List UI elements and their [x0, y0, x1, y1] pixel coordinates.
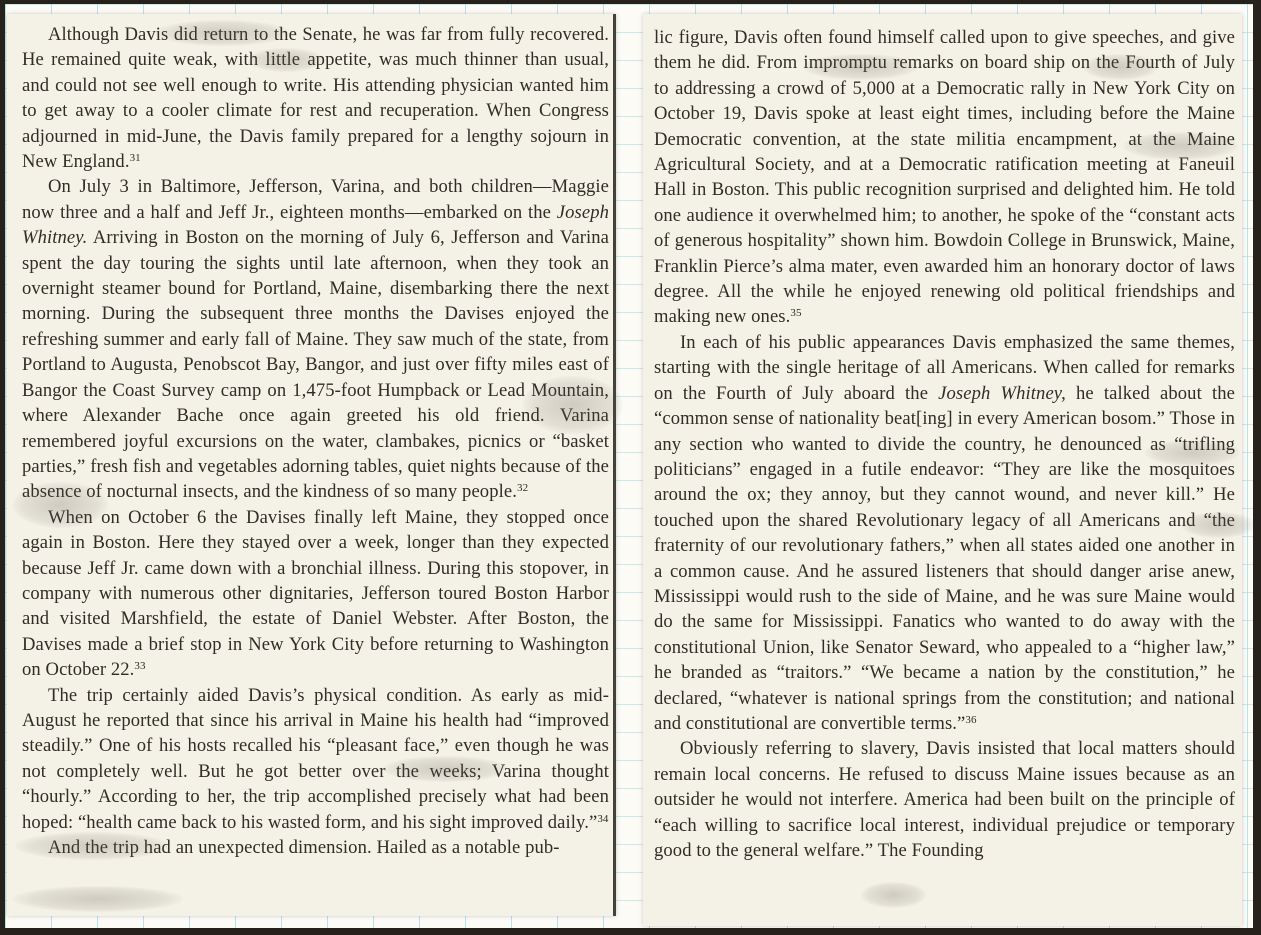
text-segment: Arriving in Boston on the morning of Jul… — [22, 227, 609, 502]
text-segment: On July 3 in Baltimore, Jefferson, Varin… — [22, 176, 609, 222]
footnote-ref: 33 — [134, 660, 145, 672]
scanned-book-page: Although Davis did return to the Senate,… — [0, 0, 1261, 935]
paragraph: The trip certainly aided Davis’s physica… — [22, 683, 609, 835]
paragraph: lic figure, Davis often found himself ca… — [654, 25, 1235, 330]
text-segment: lic figure, Davis often found himself ca… — [654, 27, 1235, 327]
text-segment: he talked about the “common sense of nat… — [654, 383, 1235, 734]
paragraph: Obviously referring to slavery, Davis in… — [654, 736, 1235, 863]
paragraph: In each of his public appearances Davis … — [654, 330, 1235, 737]
paragraph: On July 3 in Baltimore, Jefferson, Varin… — [22, 174, 609, 504]
footnote-ref: 36 — [965, 714, 976, 726]
text-segment: Obviously referring to slavery, Davis in… — [654, 738, 1235, 861]
italic-text: Joseph Whitney, — [938, 383, 1066, 404]
text-segment: Although Davis did return to the Senate,… — [22, 24, 609, 172]
footnote-ref: 35 — [790, 307, 801, 319]
footnote-ref: 31 — [130, 152, 141, 164]
text-segment: And the trip had an unexpected dimension… — [48, 837, 560, 858]
paragraph: Although Davis did return to the Senate,… — [22, 22, 609, 174]
right-column-text: lic figure, Davis often found himself ca… — [654, 25, 1235, 863]
paragraph: And the trip had an unexpected dimension… — [22, 835, 609, 860]
text-segment: The trip certainly aided Davis’s physica… — [22, 685, 609, 833]
left-column-text: Although Davis did return to the Senate,… — [22, 22, 609, 860]
footnote-ref: 32 — [517, 482, 528, 494]
left-column: Although Davis did return to the Senate,… — [7, 14, 616, 916]
right-column: lic figure, Davis often found himself ca… — [643, 14, 1242, 926]
footnote-ref: 34 — [597, 813, 608, 825]
paragraph: When on October 6 the Davises finally le… — [22, 505, 609, 683]
text-segment: When on October 6 the Davises finally le… — [22, 507, 609, 680]
